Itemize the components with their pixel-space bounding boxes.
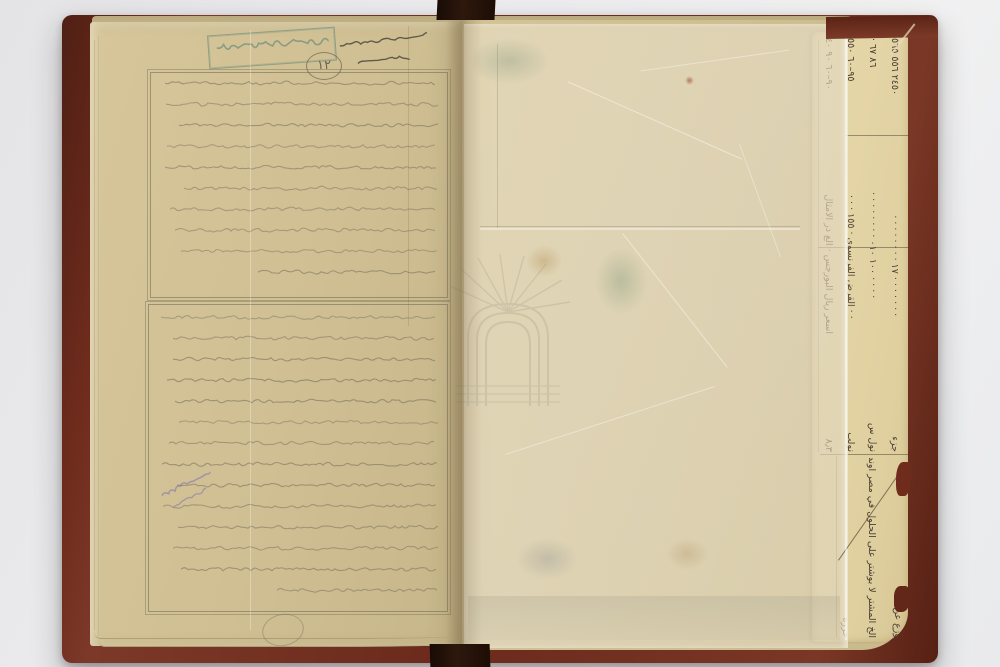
table-rule bbox=[845, 135, 908, 136]
strip-footer-line: الخ المشتر لا بوشتر على الحلول في مصر او… bbox=[858, 458, 884, 638]
manuscript-line bbox=[184, 185, 437, 193]
page-stack-edge bbox=[98, 36, 99, 636]
manuscript-line bbox=[166, 101, 438, 109]
manuscript-line bbox=[173, 356, 435, 364]
table-cell: · · · · ١٠٠ ٠١٠ · · · · · · · · bbox=[868, 72, 879, 419]
manuscript-line bbox=[179, 122, 438, 130]
manuscript-line bbox=[179, 419, 438, 427]
manuscript-line bbox=[161, 314, 435, 322]
torn-edge bbox=[894, 586, 910, 612]
bookmark-strap-top bbox=[436, 0, 495, 20]
manuscript-line bbox=[167, 377, 436, 385]
table-cell: نول س bbox=[868, 423, 879, 452]
manuscript-line bbox=[277, 587, 437, 595]
manuscript-line bbox=[175, 398, 436, 406]
manuscript-line bbox=[181, 248, 437, 256]
page-stack-edge bbox=[94, 40, 95, 630]
table-row: جزء· · · · · · · ١٧ · · · · · · · ·٢٤٥٠ … bbox=[884, 38, 906, 452]
manuscript-line bbox=[165, 80, 435, 88]
table-cell: · · · · · · · ١٧ · · · · · · · · bbox=[890, 99, 901, 432]
manuscript-text-block-1 bbox=[158, 80, 438, 290]
manuscript-line bbox=[175, 227, 435, 235]
photo-stage: ١٢ · · · · · · · · · · · · · · · · · · ·… bbox=[0, 0, 1000, 667]
manuscript-line bbox=[177, 482, 435, 490]
table-row: نول س· · · · ١٠٠ ٠١٠ · · · · · · · ·٨٦ ٦… bbox=[862, 38, 884, 452]
manuscript-line bbox=[163, 503, 436, 511]
manuscript-line bbox=[173, 335, 434, 343]
bookmark-strap-bottom bbox=[430, 644, 491, 667]
cover-corner-band bbox=[826, 15, 938, 39]
manuscript-line bbox=[167, 143, 435, 151]
manuscript-text-block-2 bbox=[156, 314, 438, 606]
table-cell: ٨٦ ٦٧ · bbox=[868, 38, 879, 68]
page-number: ١٢ bbox=[317, 58, 331, 73]
manuscript-line bbox=[173, 545, 438, 553]
torn-edge bbox=[896, 462, 910, 496]
library-watermark bbox=[438, 250, 578, 410]
manuscript-line bbox=[258, 269, 435, 277]
manuscript-line bbox=[169, 440, 434, 448]
manuscript-line bbox=[165, 164, 436, 172]
manuscript-line bbox=[170, 206, 435, 214]
table-cell: جزء bbox=[890, 436, 901, 452]
manuscript-line bbox=[178, 524, 438, 532]
page-number-circle: ١٢ bbox=[306, 52, 342, 80]
manuscript-line bbox=[181, 566, 436, 574]
